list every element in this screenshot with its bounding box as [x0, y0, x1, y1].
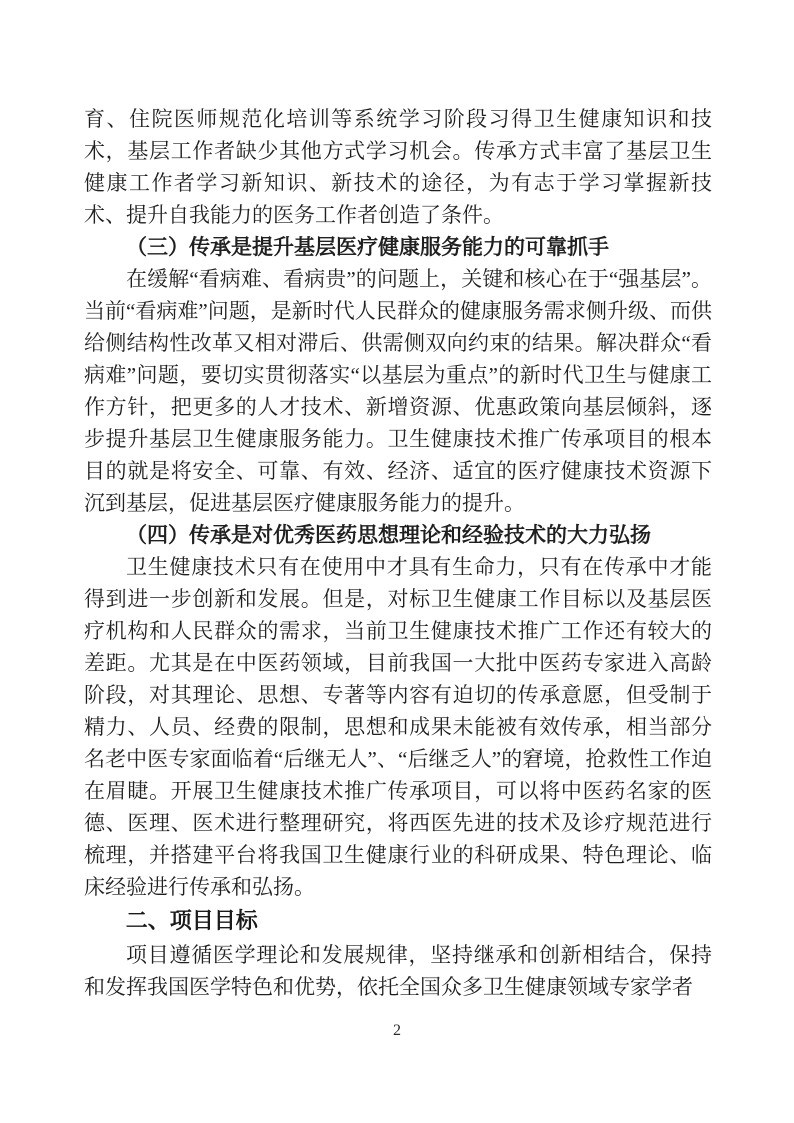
paragraph-continuation: 育、住院医师规范化培训等系统学习阶段习得卫生健康知识和技术，基层工作者缺少其他方… [84, 103, 712, 231]
sub-heading-three: （三）传承是提升基层医疗健康服务能力的可靠抓手 [84, 231, 712, 263]
paragraph-inheritance-tcm: 卫生健康技术只有在使用中才具有生命力，只有在传承中才能得到进一步创新和发展。但是… [84, 551, 712, 903]
page-number: 2 [0, 1021, 794, 1041]
sub-heading-four: （四）传承是对优秀医药思想理论和经验技术的大力弘扬 [84, 519, 712, 551]
paragraph-project-goals-intro: 项目遵循医学理论和发展规律，坚持继承和创新相结合，保持和发挥我国医学特色和优势，… [84, 939, 712, 1003]
paragraph-strong-grassroots: 在缓解“看病难、看病贵”的问题上，关键和核心在于“强基层”。当前“看病难”问题，… [84, 263, 712, 519]
section-heading-project-goals: 二、项目目标 [84, 904, 712, 937]
document-page: 育、住院医师规范化培训等系统学习阶段习得卫生健康知识和技术，基层工作者缺少其他方… [0, 0, 794, 1123]
document-content: 育、住院医师规范化培训等系统学习阶段习得卫生健康知识和技术，基层工作者缺少其他方… [84, 103, 712, 1003]
